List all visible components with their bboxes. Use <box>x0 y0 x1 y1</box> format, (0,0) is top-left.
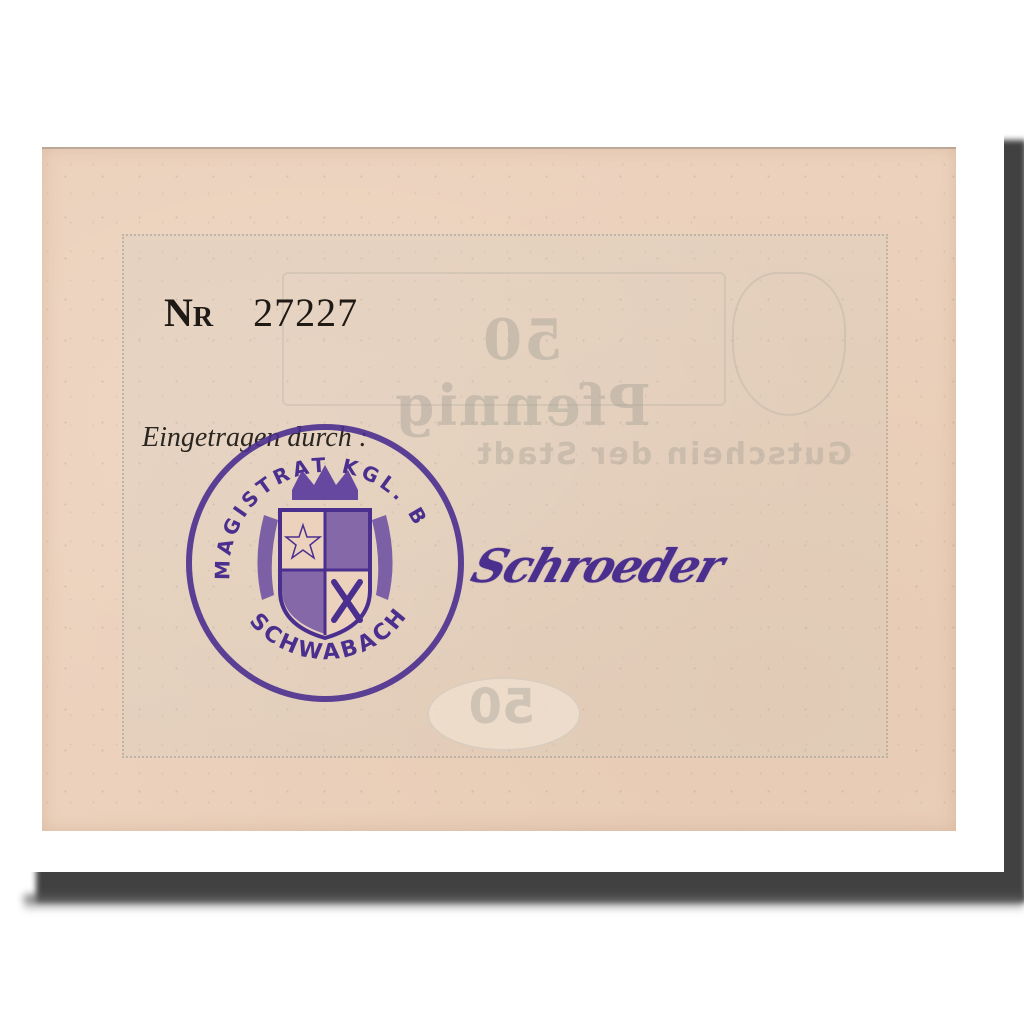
show-through-subtitle: Gutschein der Stadt <box>472 437 852 472</box>
banknote: 50 Pfennig Gutschein der Stadt 50 NR2722… <box>42 147 956 831</box>
drop-shadow-fade <box>24 895 1024 911</box>
serial-number: 27227 <box>253 290 358 335</box>
show-through-emblem-icon <box>732 272 846 416</box>
serial-prefix-r: R <box>193 302 213 333</box>
seal-icon: MAGISTRAT KGL. B SCHWABACH <box>182 420 468 706</box>
serial-number-block: NR27227 <box>164 289 358 336</box>
official-seal-stamp: MAGISTRAT KGL. B SCHWABACH <box>182 420 468 706</box>
crown-icon <box>292 465 358 500</box>
signature: Schroeder <box>465 539 729 593</box>
coat-of-arms-icon <box>280 510 370 638</box>
serial-prefix-n: N <box>164 290 193 335</box>
photo-stage: 50 Pfennig Gutschein der Stadt 50 NR2722… <box>0 0 1024 1024</box>
